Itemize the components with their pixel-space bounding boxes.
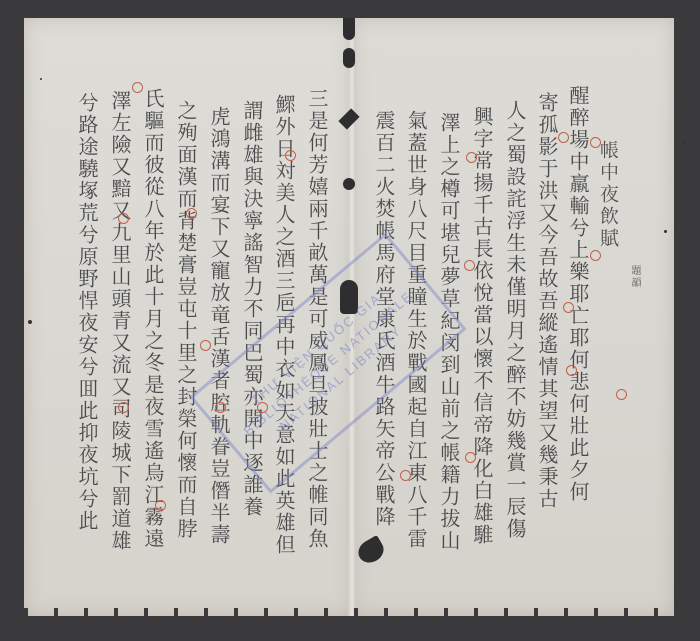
text-column: 之殉面漢而背楚膏豈屯十里之封榮何懷而自脖 (174, 100, 198, 540)
text-column: 人之蜀設詫浮生未僅明月之醉不妨幾賞一辰傷 (503, 100, 527, 540)
text-column: 寄孤影于洪又今吾故吾縱遙情其望又幾秉古 (535, 92, 559, 510)
punctuation-mark (465, 452, 476, 463)
title-note: 題韻 (622, 265, 646, 289)
punctuation-mark (186, 208, 197, 219)
punctuation-mark (118, 402, 129, 413)
punctuation-mark (200, 340, 211, 351)
punctuation-mark (464, 260, 475, 271)
speck (682, 142, 685, 145)
punctuation-mark (563, 302, 574, 313)
text-column: 興字常揚千古長依悅當以懷不信帝降化白雄騅 (470, 106, 494, 546)
speck (664, 230, 667, 233)
punctuation-mark (155, 500, 166, 511)
torn-edge (24, 608, 674, 618)
punctuation-mark (566, 365, 577, 376)
speck (28, 320, 32, 324)
punctuation-mark (558, 132, 569, 143)
document-title: 帳中夜飲賦 (596, 140, 620, 250)
punctuation-mark (590, 137, 601, 148)
text-column: 虎鴻溝而宴下又寵放竜舌漢者腔軌眷豈僭半壽 (207, 106, 231, 546)
text-column: 氏驅而彼從八年於此十月之冬是夜雪遙烏江霧遠 (141, 88, 165, 550)
speck (40, 78, 42, 80)
punctuation-mark (466, 152, 477, 163)
punctuation-mark (400, 470, 411, 481)
punctuation-mark (118, 213, 129, 224)
punctuation-mark (132, 82, 143, 93)
binding-hole (343, 48, 355, 68)
binding-hole (343, 178, 355, 190)
text-column: 醒醉場中羸輸兮上樂耶亡耶何悲何壯此夕何 (566, 85, 590, 503)
punctuation-mark (590, 250, 601, 261)
binding-hole (343, 18, 355, 40)
text-column: 澤左險又黯又九里山頭青又流又司陵城下罰道雄 (108, 90, 132, 552)
text-column: 兮路途驍塚荒兮原野悍夜安兮囬此抑夜坑兮此 (75, 92, 99, 532)
punctuation-mark (285, 150, 296, 161)
punctuation-mark (616, 389, 627, 400)
